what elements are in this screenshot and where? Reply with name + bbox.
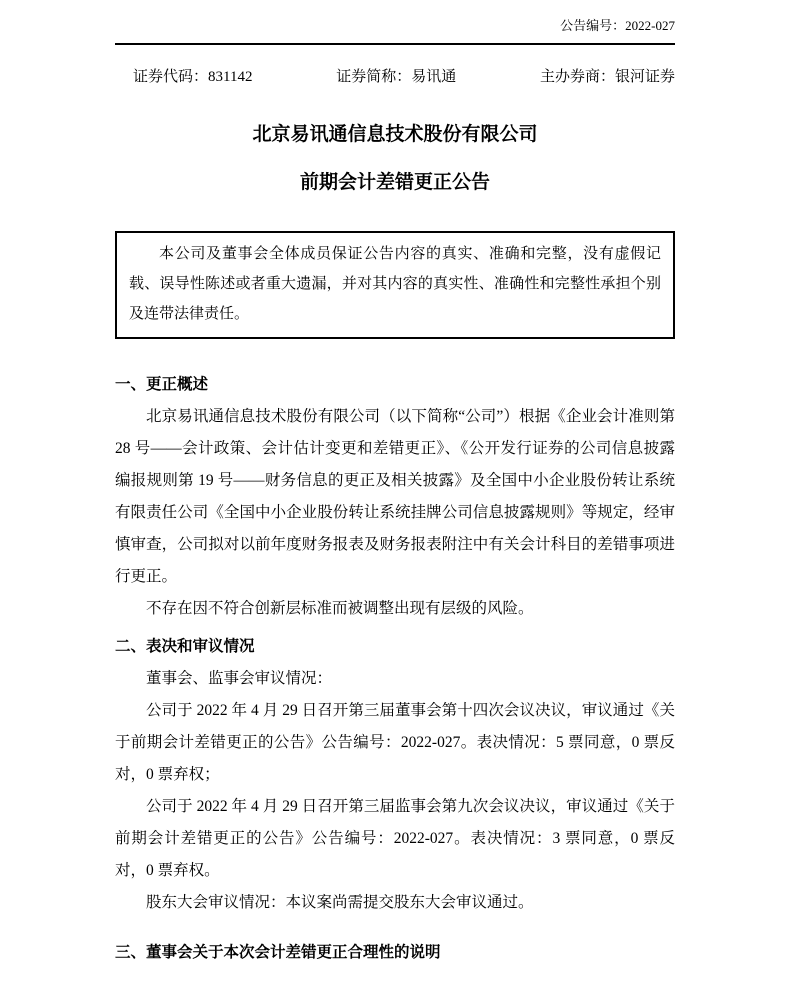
section-1-paragraph-2: 不存在因不符合创新层标准而被调整出现有层级的风险。 (115, 593, 675, 625)
securities-info-row: 证券代码：831142 证券简称：易讯通 主办券商：银河证券 (115, 67, 675, 87)
sponsor-broker: 主办券商：银河证券 (540, 67, 675, 87)
section-2-heading: 二、表决和审议情况 (115, 631, 675, 663)
stock-code: 证券代码：831142 (133, 67, 252, 87)
header-rule (115, 43, 675, 45)
section-2-paragraph-2: 公司于 2022 年 4 月 29 日召开第三届董事会第十四次会议决议，审议通过… (115, 695, 675, 791)
stock-short-name: 证券简称：易讯通 (336, 67, 456, 87)
section-1-paragraph-1: 北京易讯通信息技术股份有限公司（以下简称“公司”）根据《企业会计准则第 28 号… (115, 401, 675, 593)
section-2-paragraph-3: 公司于 2022 年 4 月 29 日召开第三届监事会第九次会议决议，审议通过《… (115, 791, 675, 887)
disclaimer-box: 本公司及董事会全体成员保证公告内容的真实、准确和完整，没有虚假记载、误导性陈述或… (115, 231, 675, 339)
section-2-paragraph-4: 股东大会审议情况：本议案尚需提交股东大会审议通过。 (115, 887, 675, 919)
section-1-heading: 一、更正概述 (115, 369, 675, 401)
section-3-heading: 三、董事会关于本次会计差错更正合理性的说明 (115, 937, 675, 969)
document-title-subject: 前期会计差错更正公告 (115, 171, 675, 195)
announcement-number: 公告编号：2022-027 (115, 0, 675, 35)
document-title-company: 北京易讯通信息技术股份有限公司 (115, 123, 675, 147)
announcement-page: 公告编号：2022-027 证券代码：831142 证券简称：易讯通 主办券商：… (0, 0, 790, 989)
section-2-paragraph-1: 董事会、监事会审议情况： (115, 663, 675, 695)
